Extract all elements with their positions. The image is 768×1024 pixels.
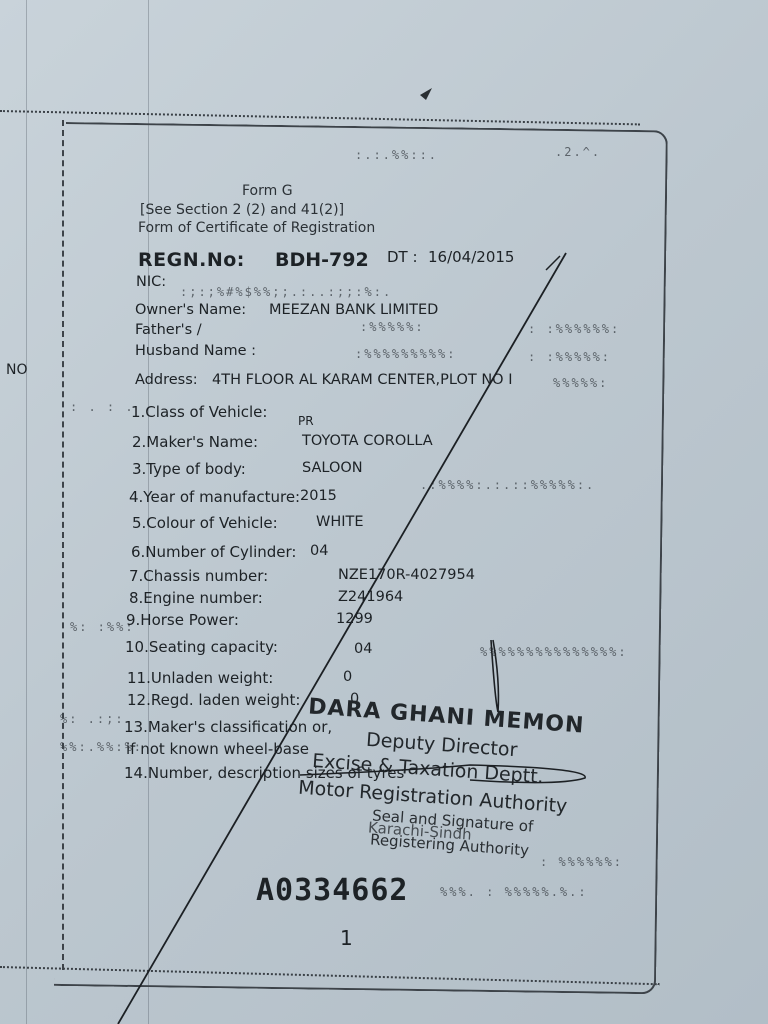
diagonal-strike-line <box>0 0 768 1024</box>
signature-mark <box>491 640 498 712</box>
